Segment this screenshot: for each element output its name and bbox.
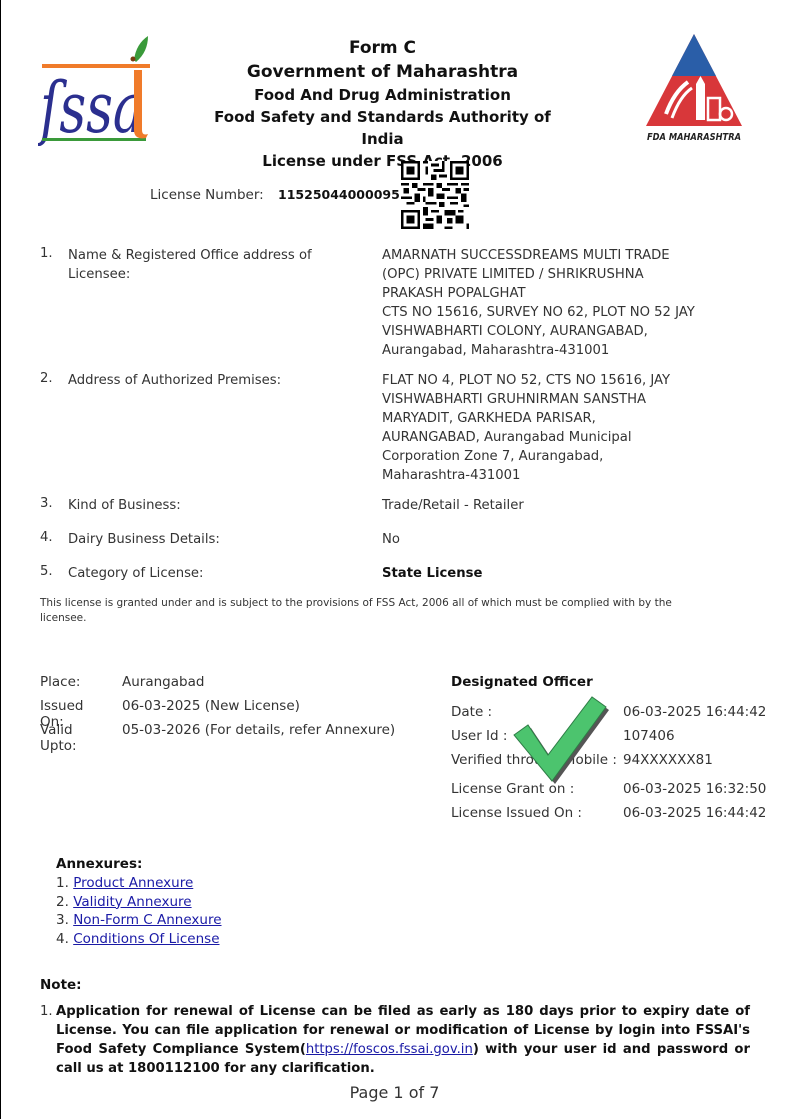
place-value: Aurangabad: [122, 674, 204, 690]
svg-text:FDA MAHARASHTRA: FDA MAHARASHTRA: [647, 132, 741, 143]
disclaimer-text: This license is granted under and is sub…: [40, 596, 680, 626]
designated-officer-block: Designated Officer Date : 06-03-2025 16:…: [451, 674, 771, 829]
svg-text:ſssa: ſssa: [38, 67, 144, 146]
license-number: 11525044000095: [278, 187, 400, 202]
item-label: Address of Authorized Premises:: [68, 371, 328, 390]
item-number: 1.: [40, 246, 64, 261]
form-title: Form C: [195, 36, 570, 60]
premises-address: FLAT NO 4, PLOT NO 52, CTS NO 15616, JAY…: [382, 371, 712, 485]
item-value: No: [382, 530, 712, 549]
item-label: Dairy Business Details:: [68, 530, 328, 549]
authority-title: Food Safety and Standards Authority of I…: [195, 106, 570, 150]
licensee-address: AMARNATH SUCCESSDREAMS MULTI TRADE (OPC)…: [382, 246, 712, 360]
item-value: Trade/Retail - Retailer: [382, 496, 712, 515]
license-grant-row: License Grant on : 06-03-2025 16:32:50: [451, 781, 771, 805]
fda-maharashtra-logo: FDA MAHARASHTRA: [640, 32, 748, 144]
government-title: Government of Maharashtra: [195, 60, 570, 84]
fssai-logo: ſssa: [38, 34, 154, 146]
document-header: Form C Government of Maharashtra Food An…: [195, 36, 570, 172]
conditions-of-license-link[interactable]: Conditions Of License: [73, 931, 219, 947]
item-number: 2.: [40, 371, 64, 386]
qr-code-icon[interactable]: [401, 161, 469, 229]
page-edge: [0, 0, 1, 1119]
annexure-item: 1. Product Annexure: [56, 874, 222, 893]
annexure-item: 3. Non-Form C Annexure: [56, 911, 222, 930]
license-number-label: License Number:: [150, 187, 264, 203]
item-label: Name & Registered Office address of Lice…: [68, 246, 328, 284]
note-title: Note:: [40, 977, 82, 993]
item-label: Category of License:: [68, 564, 328, 583]
product-annexure-link[interactable]: Product Annexure: [73, 875, 193, 891]
officer-user-id-row: User Id : 107406: [451, 728, 771, 752]
annexures-title: Annexures:: [56, 855, 222, 874]
annexures: Annexures: 1. Product Annexure 2. Validi…: [56, 855, 222, 948]
renewal-note: 1. Application for renewal of License ca…: [40, 1002, 750, 1078]
item-number: 5.: [40, 564, 64, 579]
act-title: License under FSS Act, 2006: [195, 150, 570, 172]
valid-value: 05-03-2026 (For details, refer Annexure): [122, 722, 395, 738]
item-label: Kind of Business:: [68, 496, 328, 515]
annexure-item: 4. Conditions Of License: [56, 930, 222, 949]
annexure-item: 2. Validity Annexure: [56, 893, 222, 912]
officer-date-row: Date : 06-03-2025 16:44:42: [451, 704, 771, 728]
license-issued-row: License Issued On : 06-03-2025 16:44:42: [451, 805, 771, 829]
issued-value: 06-03-2025 (New License): [122, 698, 300, 714]
item-number: 4.: [40, 530, 64, 545]
foscos-link[interactable]: https://foscos.fssai.gov.in: [306, 1042, 473, 1057]
non-form-c-annexure-link[interactable]: Non-Form C Annexure: [73, 912, 221, 928]
license-category: State License: [382, 564, 712, 583]
item-number: 3.: [40, 496, 64, 511]
validity-annexure-link[interactable]: Validity Annexure: [73, 894, 191, 910]
department-title: Food And Drug Administration: [195, 84, 570, 106]
officer-mobile-row: Verified through Mobile : 94XXXXXX81: [451, 752, 771, 776]
designated-officer-title: Designated Officer: [451, 674, 771, 704]
license-number-row: License Number: 11525044000095: [150, 187, 400, 203]
page-number: Page 1 of 7: [0, 1083, 789, 1102]
